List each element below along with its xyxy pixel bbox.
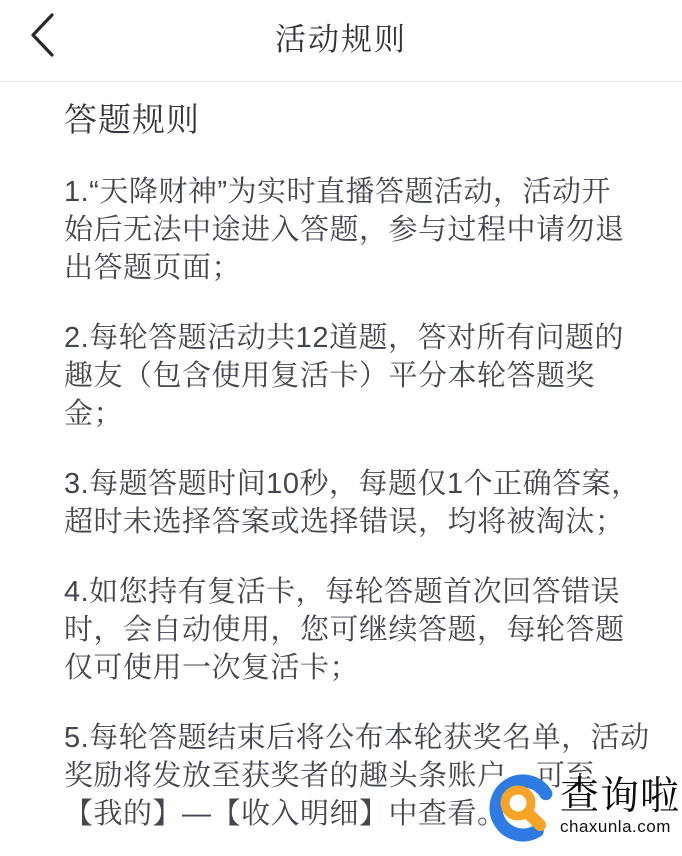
nav-bar: 活动规则 bbox=[0, 0, 682, 82]
rules-content: 答题规则 1.“天降财神”为实时直播答题活动，活动开 始后无法中途进入答题，参与… bbox=[0, 99, 682, 833]
rule-paragraph-2: 2.每轮答题活动共12道题，答对所有问题的 趣友（包含使用复活卡）平分本轮答题奖… bbox=[64, 319, 664, 433]
watermark-text: 查询啦 chaxunla.com bbox=[560, 773, 680, 837]
section-heading: 答题规则 bbox=[64, 99, 664, 141]
watermark-brand: 查询啦 bbox=[560, 775, 680, 819]
magnifier-logo-icon bbox=[488, 773, 558, 843]
rule-paragraph-4: 4.如您持有复活卡，每轮答题首次回答错误 时，会自动使用，您可继续答题，每轮答题… bbox=[64, 573, 664, 687]
chevron-left-icon bbox=[29, 13, 55, 57]
watermark-domain: chaxunla.com bbox=[560, 817, 680, 837]
rule-paragraph-1: 1.“天降财神”为实时直播答题活动，活动开 始后无法中途进入答题，参与过程中请勿… bbox=[64, 173, 664, 287]
activity-rules-screen: 活动规则 答题规则 1.“天降财神”为实时直播答题活动，活动开 始后无法中途进入… bbox=[0, 0, 682, 856]
back-button[interactable] bbox=[26, 10, 58, 60]
page-title: 活动规则 bbox=[275, 14, 407, 59]
watermark: 查询啦 chaxunla.com bbox=[488, 773, 680, 843]
rule-paragraph-3: 3.每题答题时间10秒，每题仅1个正确答案， 超时未选择答案或选择错误，均将被淘… bbox=[64, 465, 664, 541]
